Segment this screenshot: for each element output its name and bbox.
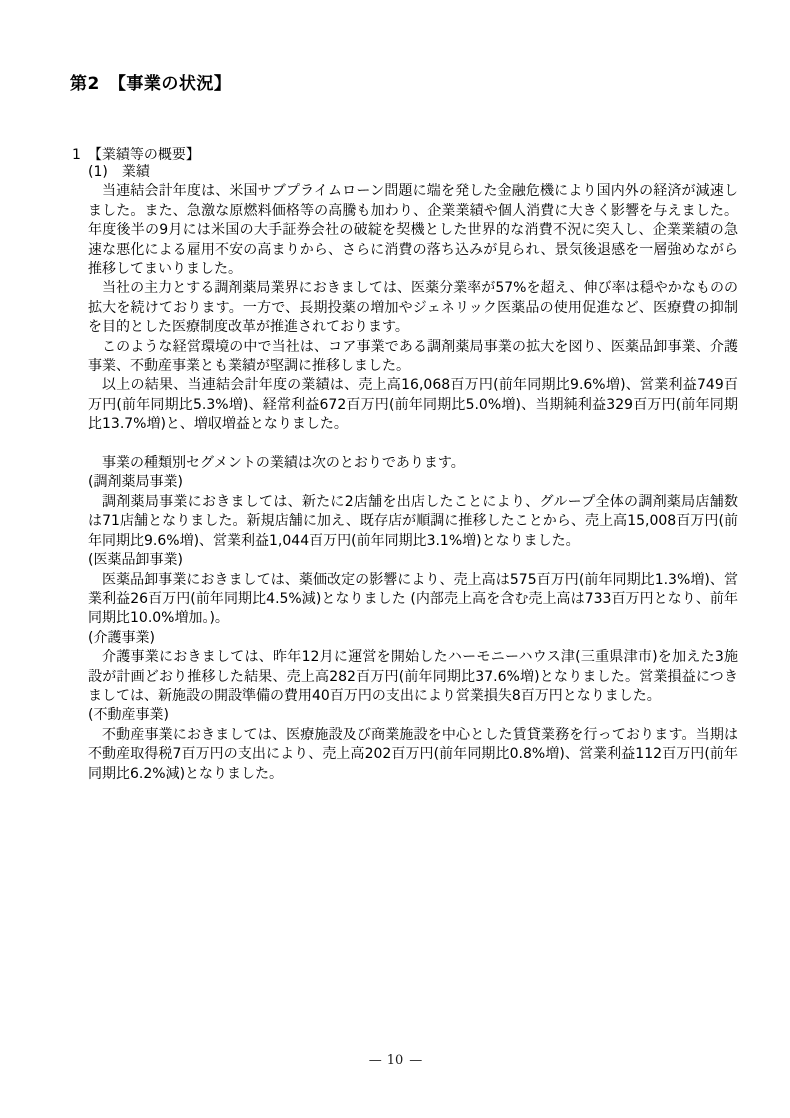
segment-body-pharmacy: 調剤薬局事業におきましては、新たに2店舗を出店したことにより、グループ全体の調剤… xyxy=(88,493,738,551)
paragraph-economy-overview: 当連結会計年度は、米国サブプライムローン問題に端を発した金融危機により国内外の経… xyxy=(88,182,738,279)
segment-label-nursing-care: (介護事業) xyxy=(88,629,738,648)
paragraph-management-environment: このような経営環境の中で当社は、コア事業である調剤薬局事業の拡大を図り、医薬品卸… xyxy=(88,338,738,377)
footer-right-dash: — xyxy=(403,1053,427,1068)
paragraph-pharmacy-industry: 当社の主力とする調剤薬局業界におきましては、医薬分業率が57%を超え、伸び率は穏… xyxy=(88,279,738,337)
paragraph-consolidated-results: 以上の結果、当連結会計年度の業績は、売上高16,068百万円(前年同期比9.6%… xyxy=(88,376,738,434)
page-number: 10 xyxy=(387,1053,404,1068)
segment-body-real-estate: 不動産事業におきましては、医療施設及び商業施設を中心とした賃貸業務を行っておりま… xyxy=(88,726,738,784)
document-body: (1) 業績 当連結会計年度は、米国サブプライムローン問題に端を発した金融危機に… xyxy=(88,163,738,784)
segment-label-real-estate: (不動産事業) xyxy=(88,706,738,725)
page-footer: —10— xyxy=(0,1053,790,1068)
segment-intro: 事業の種類別セグメントの業績は次のとおりであります。 xyxy=(88,454,738,473)
document-title: 第2 【事業の状況】 xyxy=(70,69,231,94)
document-page: 第2 【事業の状況】 1 【業績等の概要】 (1) 業績 当連結会計年度は、米国… xyxy=(0,0,790,1118)
segment-label-pharmacy: (調剤薬局事業) xyxy=(88,473,738,492)
subsection-heading: (1) 業績 xyxy=(88,163,738,182)
segment-body-wholesale: 医薬品卸事業におきましては、薬価改定の影響により、売上高は575百万円(前年同期… xyxy=(88,571,738,629)
segment-label-wholesale: (医薬品卸事業) xyxy=(88,551,738,570)
segment-body-nursing-care: 介護事業におきましては、昨年12月に運営を開始したハーモニーハウス津(三重県津市… xyxy=(88,648,738,706)
footer-left-dash: — xyxy=(363,1053,387,1068)
section-heading: 1 【業績等の概要】 xyxy=(72,144,200,164)
